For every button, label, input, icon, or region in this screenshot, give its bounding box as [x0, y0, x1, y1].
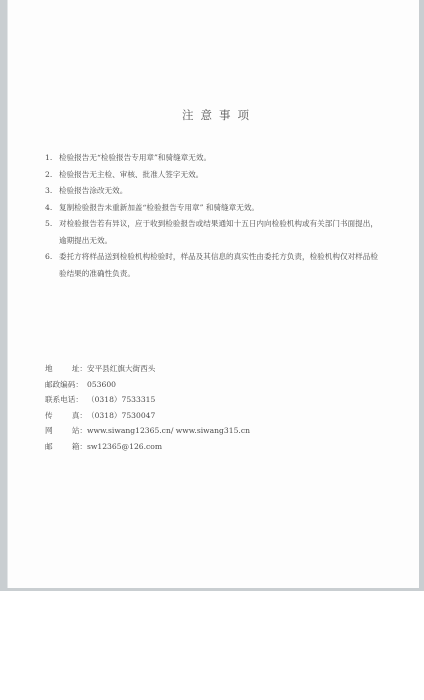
note-number: 4.: [45, 200, 59, 217]
contact-fax: 传 真： （0318）7530047: [45, 408, 250, 424]
note-text: 委托方将样品送到检验机构检验时，样品及其信息的真实性由委托方负责，检验机构仅对样…: [59, 249, 385, 282]
contact-postcode: 邮政编码： 053600: [45, 377, 250, 393]
page-title: 注意事项: [0, 107, 424, 123]
address-value: 安平县红旗大街西头: [87, 361, 155, 377]
note-text: 检验报告无“检验报告专用章”和骑缝章无效。: [59, 150, 385, 167]
fax-label-b: 真：: [72, 408, 87, 424]
scanned-page-background: [0, 0, 424, 591]
contact-address: 地 址： 安平县红旗大街西头: [45, 361, 250, 377]
postcode-value: 053600: [87, 377, 116, 393]
email-label: 邮 箱：: [45, 439, 87, 455]
note-text: 检验报告无主检、审核、批准人签字无效。: [59, 167, 385, 184]
contact-website: 网 站： www.siwang12365.cn/ www.siwang315.c…: [45, 423, 250, 439]
note-item: 1. 检验报告无“检验报告专用章”和骑缝章无效。: [45, 150, 385, 167]
note-number: 2.: [45, 167, 59, 184]
contact-phone: 联系电话： （0318）7533315: [45, 392, 250, 408]
note-item: 6. 委托方将样品送到检验机构检验时，样品及其信息的真实性由委托方负责，检验机构…: [45, 249, 385, 282]
fax-label-a: 传: [45, 408, 53, 424]
email-label-a: 邮: [45, 439, 53, 455]
address-label-b: 址：: [72, 361, 87, 377]
contact-info: 地 址： 安平县红旗大街西头 邮政编码： 053600 联系电话： （0318）…: [45, 361, 250, 455]
note-item: 4. 复制检验报告未重新加盖“检验报告专用章” 和骑缝章无效。: [45, 200, 385, 217]
note-number: 1.: [45, 150, 59, 167]
fax-label: 传 真：: [45, 408, 87, 424]
note-item: 5. 对检验报告若有异议，应于收到检验报告或结果通知十五日内向检验机构或有关部门…: [45, 216, 385, 249]
phone-value: （0318）7533315: [87, 392, 155, 408]
email-label-b: 箱：: [72, 439, 87, 455]
website-label-b: 站：: [72, 423, 87, 439]
address-label-a: 地: [45, 361, 53, 377]
fax-value: （0318）7530047: [87, 408, 155, 424]
note-number: 6.: [45, 249, 59, 266]
website-value: www.siwang12365.cn/ www.siwang315.cn: [87, 423, 250, 439]
note-text: 复制检验报告未重新加盖“检验报告专用章” 和骑缝章无效。: [59, 200, 385, 217]
address-label: 地 址：: [45, 361, 87, 377]
email-value: sw12365@126.com: [87, 439, 162, 455]
note-item: 2. 检验报告无主检、审核、批准人签字无效。: [45, 167, 385, 184]
note-text: 检验报告涂改无效。: [59, 183, 385, 200]
postcode-label: 邮政编码：: [45, 377, 87, 393]
notes-list: 1. 检验报告无“检验报告专用章”和骑缝章无效。 2. 检验报告无主检、审核、批…: [45, 150, 385, 282]
website-label: 网 站：: [45, 423, 87, 439]
note-number: 5.: [45, 216, 59, 233]
phone-label: 联系电话：: [45, 392, 87, 408]
note-text: 对检验报告若有异议，应于收到检验报告或结果通知十五日内向检验机构或有关部门书面提…: [59, 216, 385, 249]
website-label-a: 网: [45, 423, 53, 439]
note-number: 3.: [45, 183, 59, 200]
note-item: 3. 检验报告涂改无效。: [45, 183, 385, 200]
document-page: [7, 0, 419, 588]
contact-email: 邮 箱： sw12365@126.com: [45, 439, 250, 455]
